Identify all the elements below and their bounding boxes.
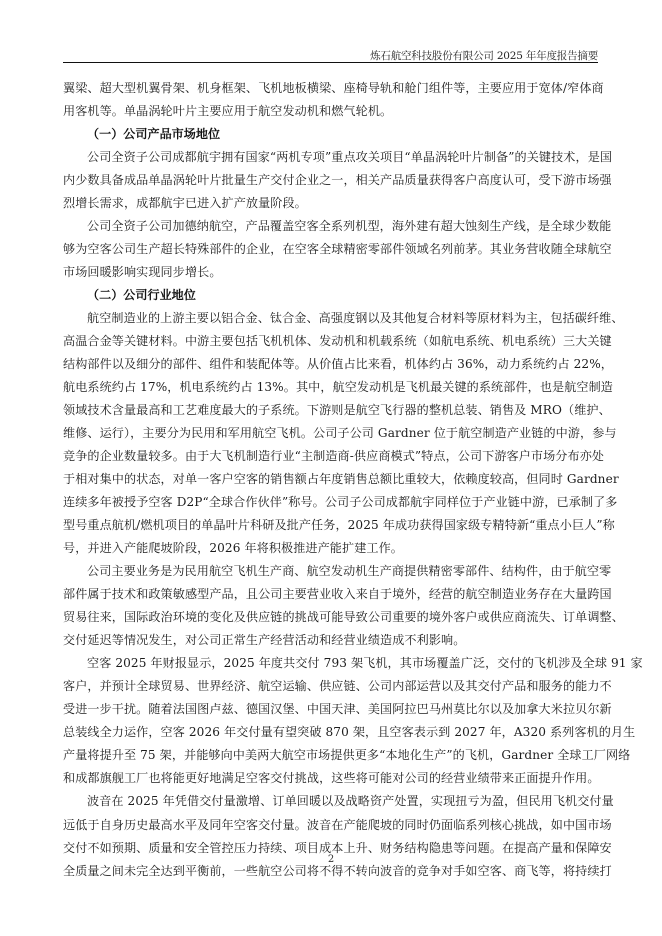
paragraph-line: 受进一步干扰。随着法国图卢兹、德国汉堡、中国天津、美国阿拉巴马州莫比尔以及加拿大… — [63, 698, 599, 721]
document-body: 翼梁、超大型机翼骨架、机身框架、飞机地板横梁、座椅导轨和舱门组件等，主要应用于宽… — [63, 77, 599, 883]
section-heading-product-market-position: （一）公司产品市场地位 — [63, 123, 599, 146]
paragraph-line: 公司全资子公司成都航宇拥有国家“两机专项”重点攻关项目“单晶涡轮叶片制备”的关键… — [63, 146, 599, 169]
paragraph-line: 维修、运行），主要分为民用和军用航空飞机。公司子公司 Gardner 位于航空制… — [63, 422, 599, 445]
paragraph-line: 部件属于技术和政策敏感型产品，且公司主要营业收入来自于境外，经营的航空制造业务存… — [63, 583, 599, 606]
paragraph-line: 型号重点航机/燃机项目的单晶叶片科研及批产任务，2025 年成功获得国家级专精特… — [63, 514, 599, 537]
paragraph-line: 产量将提升至 75 架，并能够向中美两大航空市场提供更多“本地化生产”的飞机，G… — [63, 744, 599, 767]
paragraph-line: 总装线全力运作，空客 2026 年交付量有望突破 870 架，且空客表示到 20… — [63, 721, 599, 744]
paragraph-line: 够为空客公司生产超长特殊部件的企业，在空客全球精密零部件领域名列前茅。其业务营收… — [63, 238, 599, 261]
paragraph-line: 翼梁、超大型机翼骨架、机身框架、飞机地板横梁、座椅导轨和舱门组件等，主要应用于宽… — [63, 77, 599, 100]
paragraph-line: 于相对集中的状态，对单一客户空客的销售额占年度销售总额比重较大，依赖度较高，但同… — [63, 468, 599, 491]
paragraph-line: 航电系统约占 17%，机电系统约占 13%。其中，航空发动机是飞机最关键的系统部… — [63, 376, 599, 399]
paragraph-line: 远低于自身历史最高水平及同年空客交付量。波音在产能爬坡的同时仍面临系列核心挑战，… — [63, 814, 599, 837]
paragraph-line: 航空制造业的上游主要以铝合金、钛合金、高强度钢以及其他复合材料等原材料为主，包括… — [63, 307, 599, 330]
paragraph-line: 用客机等。单晶涡轮叶片主要应用于航空发动机和燃气轮机。 — [63, 100, 599, 123]
paragraph-line: 公司主要业务是为民用航空飞机生产商、航空发动机生产商提供精密零部件、结构件，由于… — [63, 560, 599, 583]
paragraph-line: 结构部件以及细分的部件、组件和装配体等。从价值占比来看，机体约占 36%，动力系… — [63, 353, 599, 376]
paragraph-line: 公司全资子公司加德纳航空，产品覆盖空客全系列机型，海外建有超大蚀刻生产线，是全球… — [63, 215, 599, 238]
paragraph-line: 内少数具备成品单晶涡轮叶片批量生产交付企业之一，相关产品质量获得客户高度认可，受… — [63, 169, 599, 192]
paragraph-line: 空客 2025 年财报显示，2025 年度共交付 793 架飞机，其市场覆盖广泛… — [63, 652, 599, 675]
section-heading-industry-position: （二）公司行业地位 — [63, 284, 599, 307]
paragraph-line: 烈增长需求，成都航宇已进入扩产放量阶段。 — [63, 192, 599, 215]
paragraph-line: 和成都旗舰工厂也将能更好地满足空客交付挑战，这些将可能对公司的经营业绩带来正面提… — [63, 767, 599, 790]
paragraph-line: 连续多年被授予空客 D2P“全球合作伙伴”称号。公司子公司成都航宇同样位于产业链… — [63, 491, 599, 514]
paragraph-line: 贸易往来，国际政治环境的变化及供应链的挑战可能导致公司重要的境外客户或供应商流失… — [63, 606, 599, 629]
paragraph-line: 号，并进入产能爬坡阶段，2026 年将积极推进产能扩建工作。 — [63, 537, 599, 560]
paragraph-line: 市场回暖影响实现同步增长。 — [63, 261, 599, 284]
paragraph-line: 交付延迟等情况发生，对公司正常生产经营活动和经营业绩造成不利影响。 — [63, 629, 599, 652]
paragraph-line: 客户，并预计全球贸易、世界经济、航空运输、供应链、公司内部运营以及其交付产品和服… — [63, 675, 599, 698]
paragraph-line: 波音在 2025 年凭借交付量激增、订单回暖以及战略资产处置，实现扭亏为盈，但民… — [63, 790, 599, 813]
page-number: 2 — [0, 854, 662, 865]
page-header: 炼石航空科技股份有限公司 2025 年年度报告摘要 — [63, 44, 598, 63]
paragraph-line: 高温合金等关键材料。中游主要包括飞机机体、发动机和机载系统（如航电系统、机电系统… — [63, 330, 599, 353]
report-title: 炼石航空科技股份有限公司 2025 年年度报告摘要 — [370, 50, 598, 62]
paragraph-line: 竞争的企业数量较多。由于大飞机制造行业“主制造商-供应商模式”特点，公司下游客户… — [63, 445, 599, 468]
paragraph-line: 领域技术含量最高和工艺难度最大的子系统。下游则是航空飞行器的整机总装、销售及 M… — [63, 399, 599, 422]
